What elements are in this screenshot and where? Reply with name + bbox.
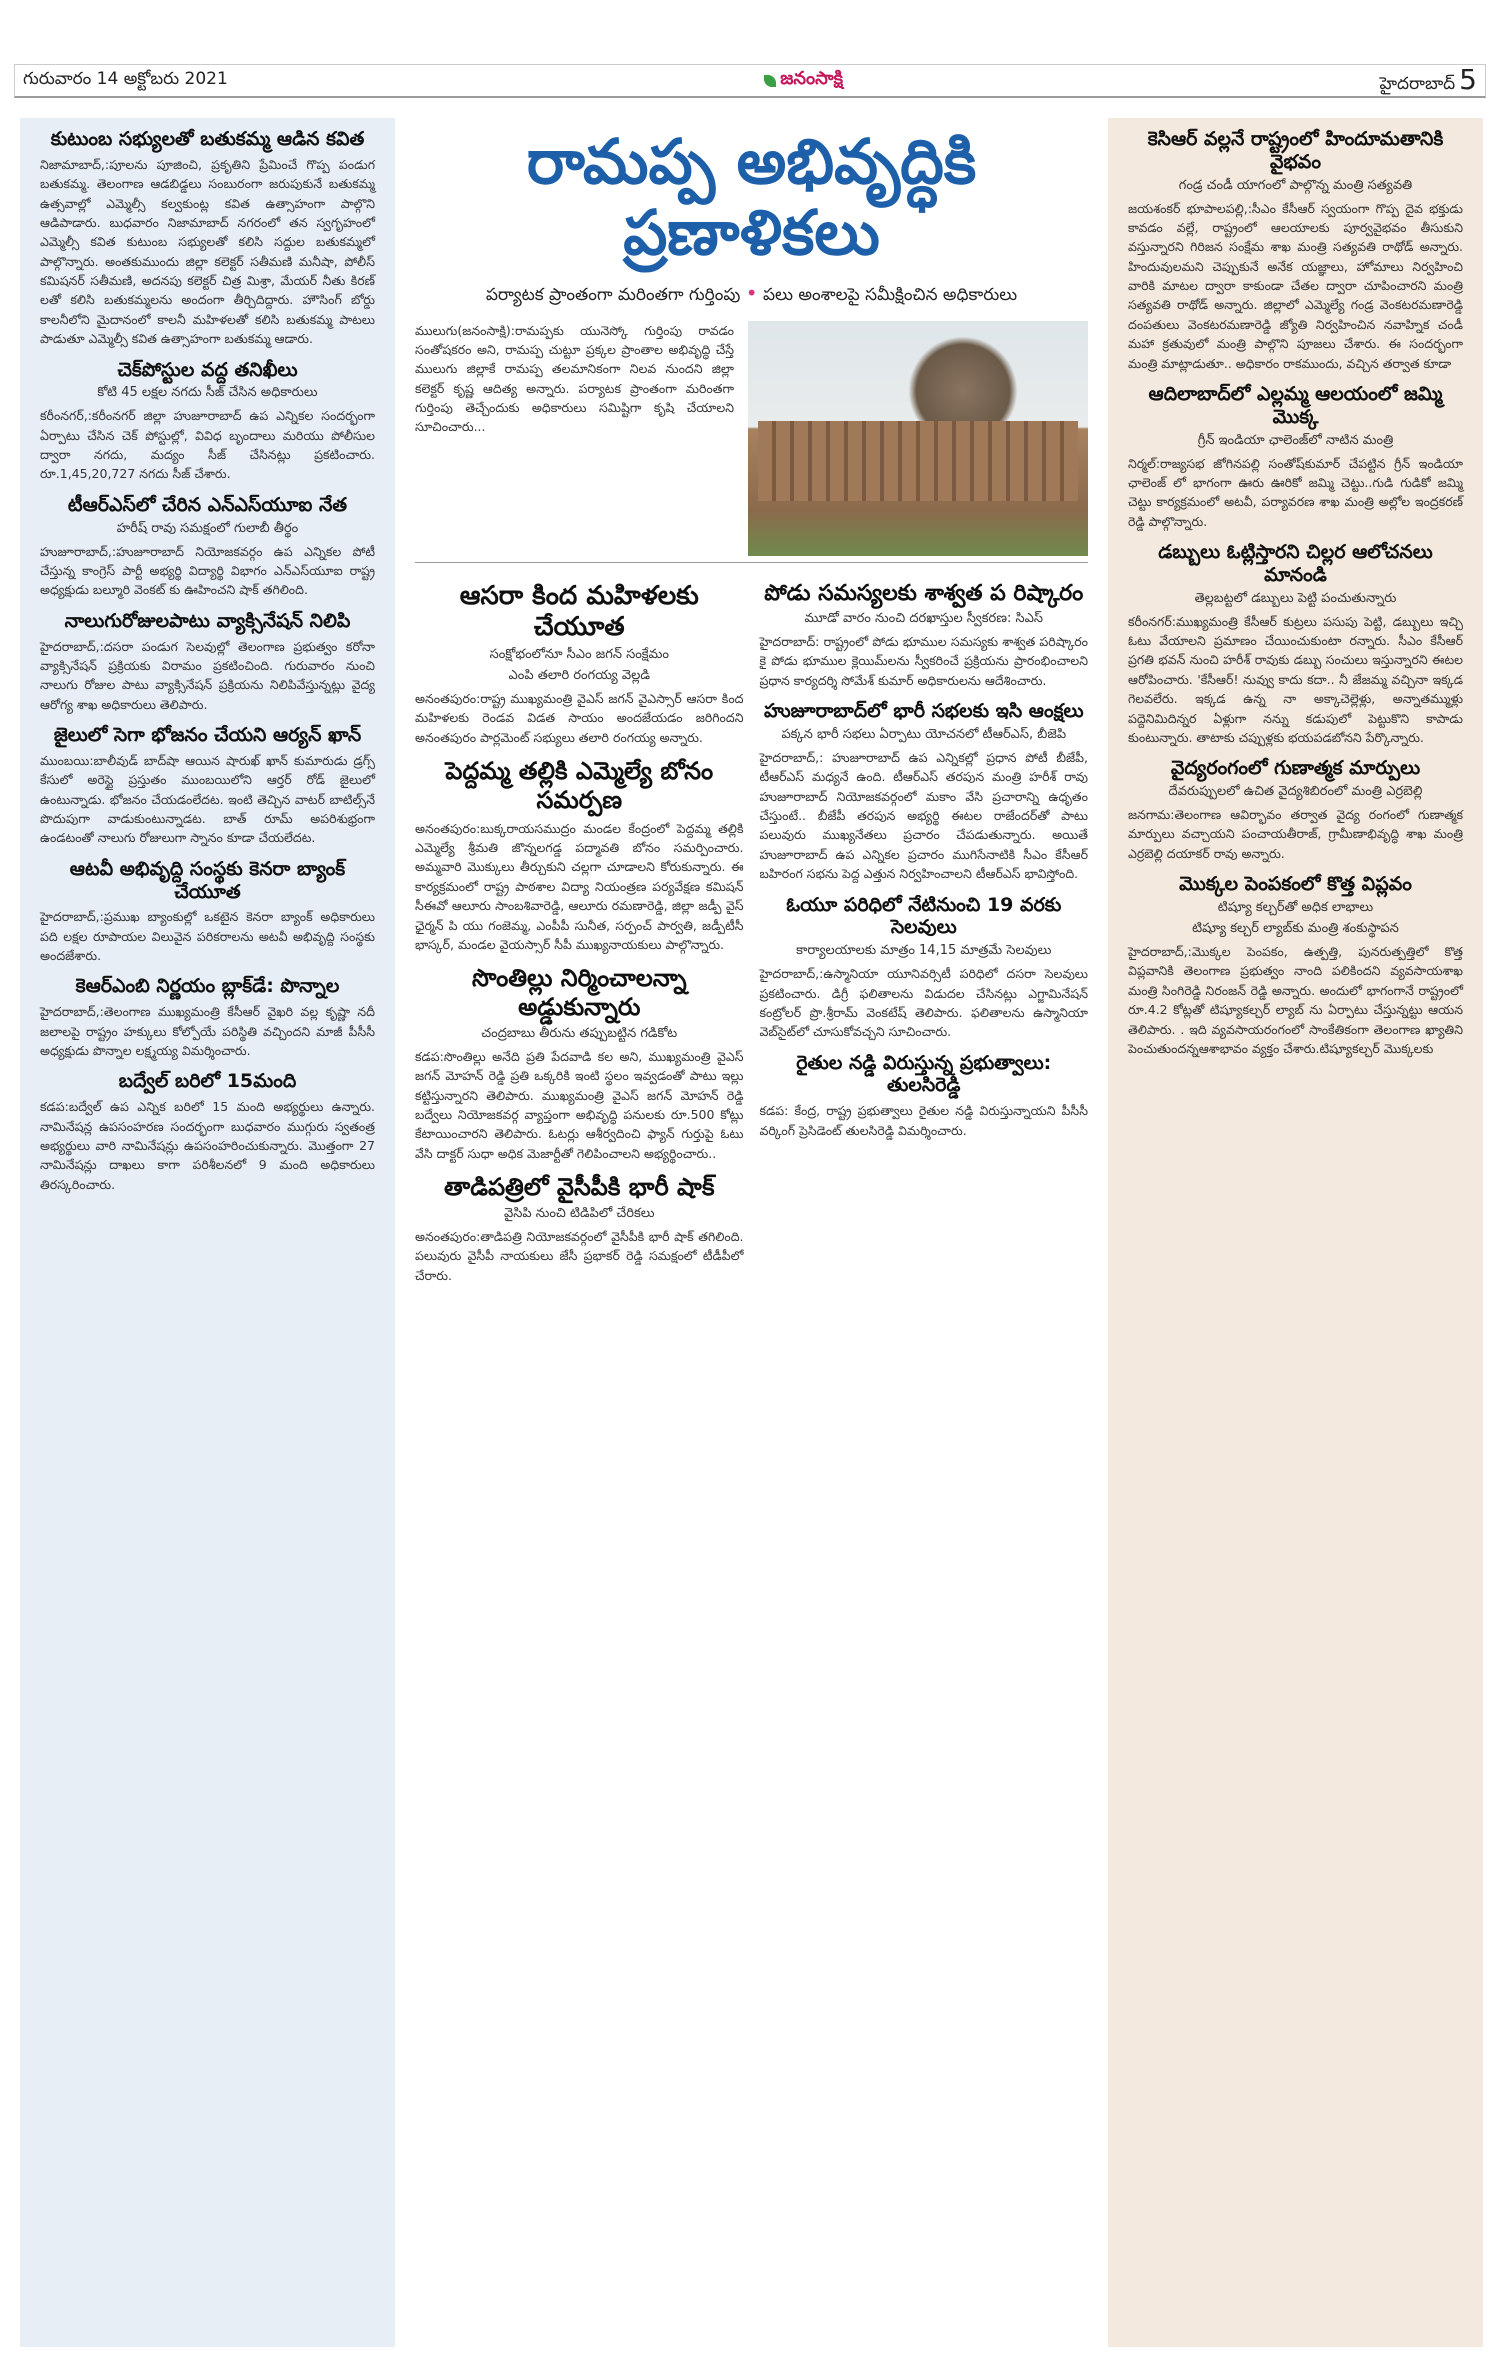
article: చెక్‌పోస్టుల వద్ద తనిఖీలుకోటి 45 లక్షల న…	[40, 359, 375, 484]
article-body: జయశంకర్ భూపాలపల్లి,:సీఎం కేసీఆర్ స్వయంగా…	[1128, 199, 1463, 373]
article: ఆటవీ అభివృద్ది సంస్థకు కెనరా బ్యాంక్ చేయ…	[40, 858, 375, 966]
article-body: హైదరాబాద్: రాష్ట్రంలో పోడు భూముల సమస్యకు…	[760, 632, 1089, 690]
article-body: అనంతపురం:రాష్ట్ర ముఖ్యమంత్రి వైఎస్ జగన్ …	[415, 689, 744, 747]
article: మొక్కల పెంపకంలో కొత్త విప్లవంటిష్యూ కల్చ…	[1128, 873, 1463, 1058]
article-body: కడప:సొంతిల్లు అనేది ప్రతి పేదవాడి కల అని…	[415, 1047, 744, 1163]
left-column: కుటుంబ సభ్యులతో బతుకమ్మ ఆడిన కవితనిజామాబ…	[20, 118, 395, 2347]
article: టీఆర్‌ఎస్‌లో చేరిన ఎన్‌ఎస్‌యూఐ నేతహరీష్ …	[40, 494, 375, 600]
headline: మొక్కల పెంపకంలో కొత్త విప్లవం	[1128, 873, 1463, 896]
lead-headline: రామప్ప అభివృద్ధికి ప్రణాళికలు	[415, 126, 1088, 269]
divider	[415, 562, 1088, 563]
headline: ఓయూ పరిధిలో నేటినుంచి 19 వరకు సెలవులు	[760, 894, 1089, 940]
article: నాలుగురోజులపాటు వ్యాక్సినేషన్ నిలిపిహైదర…	[40, 610, 375, 714]
subheadline: మూడో వారం నుంచి దరఖాస్తుల స్వీకరణ: సిఎస్	[760, 611, 1089, 629]
article-body: హైదరాబాద్,:ప్రముఖ బ్యాంకుల్లో ఒకటైన కెనర…	[40, 907, 375, 965]
headline: రైతుల నడ్డి విరుస్తున్న ప్రభుత్వాలు: తుల…	[760, 1052, 1089, 1098]
center-columns: ఆసరా కింద మహిళలకు చేయూత సంక్షోభంలోనూ సీఎ…	[415, 571, 1088, 1285]
headline: ఆసరా కింద మహిళలకు చేయూత	[415, 581, 744, 643]
subheadline: కార్యాలయాలకు మాత్రం 14,15 మాత్రమే సెలవుల…	[760, 943, 1089, 961]
article-body: హైదరాబాద్,:మొక్కల పెంపకం, ఉత్పత్తి, పునర…	[1128, 942, 1463, 1058]
right-column: కెసిఆర్ వల్లనే రాష్ట్రంలో హిందూమతానికి వ…	[1108, 118, 1483, 2347]
subheadline: వైసిపి నుంచి టిడిపిలో చేరికలు	[415, 1206, 744, 1224]
headline: ఆదిలాబాద్‌లో ఎల్లమ్మ ఆలయంలో జమ్మి మొక్క	[1128, 383, 1463, 429]
headline: నాలుగురోజులపాటు వ్యాక్సినేషన్ నిలిపి	[40, 610, 375, 633]
headline: కుటుంబ సభ్యులతో బతుకమ్మ ఆడిన కవిత	[40, 128, 375, 151]
article-body: నిర్మల్:రాజ్యసభ జోగినపల్లి సంతోష్‌కుమార్…	[1128, 454, 1463, 532]
logo-text: జనంసాక్షి	[780, 68, 843, 93]
leaf-icon	[764, 75, 776, 87]
subheadline: కోటి 45 లక్షల నగదు సీజ్ చేసిన అధికారులు	[40, 385, 375, 403]
article-body: కరీంనగర్,:కరీంనగర్ జిల్లా హుజూరాబాద్ ఉప …	[40, 406, 375, 484]
center-section: రామప్ప అభివృద్ధికి ప్రణాళికలు పర్యాటక ప్…	[395, 118, 1108, 2347]
headline: హుజూరాబాద్‌లో భారీ సభలకు ఇసి ఆంక్షలు	[760, 700, 1089, 723]
headline: సొంతిల్లు నిర్మించాలన్నా అడ్డుకున్నారు	[415, 964, 744, 1022]
subheadline: టిష్యూ కల్చర్ ల్యాబ్‌కు మంత్రి శంకుస్థాప…	[1128, 921, 1463, 939]
headline: టీఆర్‌ఎస్‌లో చేరిన ఎన్‌ఎస్‌యూఐ నేత	[40, 494, 375, 517]
article: కెసిఆర్ వల్లనే రాష్ట్రంలో హిందూమతానికి వ…	[1128, 128, 1463, 373]
subheadline: ఎంపి తలారి రంగయ్య వెల్లడి	[415, 668, 744, 686]
headline: ఆటవీ అభివృద్ది సంస్థకు కెనరా బ్యాంక్ చేయ…	[40, 858, 375, 904]
bullet-icon: •	[746, 281, 758, 305]
article: జైలులో సెగా భోజనం చేయని ఆర్యన్ ఖాన్ముంబయ…	[40, 724, 375, 848]
center-right-column: పోడు సమస్యలకు శాశ్వత ప రిష్కారం మూడో వార…	[760, 571, 1089, 1285]
headline: పెద్దమ్మ తల్లికి ఎమ్మెల్యే బోనం సమర్పణ	[415, 757, 744, 815]
article: డబ్బులు ఓట్లిస్తారని చిల్లర ఆలోచనలు మానం…	[1128, 541, 1463, 747]
headline: కెఆర్‌ఎంబి నిర్ణయం బ్లాక్‌డే: పొన్నాల	[40, 975, 375, 998]
article-body: ముంబయి:బాలీవుడ్ బాద్‌షా ఆయిన షారుఖ్ ఖాన్…	[40, 751, 375, 848]
temple-hall	[758, 421, 1078, 501]
subheadline: హరీష్ రావు సమక్షంలో గులాబీ తీర్థం	[40, 521, 375, 539]
subheadline: పక్కన భారీ సభలు ఏర్పాటు యోచనలో టీఆర్‌ఎస్…	[760, 727, 1089, 745]
lead-subhead-a: పర్యాటక ప్రాంతంగా మరింతగా గుర్తింపు	[486, 285, 741, 305]
subheadline: గ్రీన్ ఇండియా ఛాలెంజ్‌లో నాటిన మంత్రి	[1128, 433, 1463, 451]
center-left-column: ఆసరా కింద మహిళలకు చేయూత సంక్షోభంలోనూ సీఎ…	[415, 571, 744, 1285]
article-body: హుజూరాబాద్,:హుజూరాబాద్ నియోజకవర్గం ఉప ఎన…	[40, 542, 375, 600]
headline: వైద్యరంగంలో గుణాత్మక మార్పులు	[1128, 757, 1463, 780]
masthead: గురువారం 14 అక్టోబరు 2021 జనంసాక్షి హైదర…	[14, 64, 1486, 98]
article: ఆదిలాబాద్‌లో ఎల్లమ్మ ఆలయంలో జమ్మి మొక్కగ…	[1128, 383, 1463, 531]
headline: పోడు సమస్యలకు శాశ్వత ప రిష్కారం	[760, 581, 1089, 607]
article-body: కడప: కేంద్ర, రాష్ట్ర ప్రభుత్వాలు రైతుల న…	[760, 1101, 1089, 1140]
article: బద్వేల్ బరిలో 15మందికడప:బద్వేల్ ఉప ఎన్ని…	[40, 1070, 375, 1194]
lead-subheadline: పర్యాటక ప్రాంతంగా మరింతగా గుర్తింపు • పల…	[415, 281, 1088, 309]
subheadline: గండ్ర చండీ యాగంలో పాల్గొన్న మంత్రి సత్యవ…	[1128, 178, 1463, 196]
page-number: 5	[1459, 63, 1477, 96]
headline: కెసిఆర్ వల్లనే రాష్ట్రంలో హిందూమతానికి వ…	[1128, 128, 1463, 174]
headline: తాడిపత్రిలో వైసీపీకి భారీ షాక్	[415, 1173, 744, 1202]
lead-story: ములుగు(జనంసాక్షి):రామప్పకు యునెస్కో గుర్…	[415, 321, 1088, 556]
article: కెఆర్‌ఎంబి నిర్ణయం బ్లాక్‌డే: పొన్నాలహైద…	[40, 975, 375, 1060]
article: వైద్యరంగంలో గుణాత్మక మార్పులుదేవరుప్పులల…	[1128, 757, 1463, 863]
article-body: కరీంనగర్:ముఖ్యమంత్రి కేసీఆర్ కుట్రలు పసు…	[1128, 612, 1463, 748]
lead-body: ములుగు(జనంసాక్షి):రామప్పకు యునెస్కో గుర్…	[415, 321, 734, 556]
subheadline: తెల్లబట్టలో డబ్బులు పెట్టి పంచుతున్నారు	[1128, 591, 1463, 609]
article-body: అనంతపురం:తాడిపత్రి నియోజకవర్గంలో వైసీపీక…	[415, 1227, 744, 1285]
subheadline: సంక్షోభంలోనూ సీఎం జగన్ సంక్షేమం	[415, 647, 744, 665]
article-body: కడప:బద్వేల్ ఉప ఎన్నిక బరిలో 15 మంది అభ్య…	[40, 1097, 375, 1194]
temple-photo	[748, 321, 1088, 556]
subheadline: దేవరుప్పులలో ఉచిత వైద్యశిబిరంలో మంత్రి ఎ…	[1128, 784, 1463, 802]
lead-subhead-b: పలు అంశాలపై సమీక్షించిన అధికారులు	[763, 285, 1017, 305]
article-body: హైదరాబాద్,: హుజూరాబాద్ ఉప ఎన్నికల్లో ప్ర…	[760, 748, 1089, 884]
article-body: జనగామ:తెలంగాణ ఆవిర్భావం తర్వాత వైద్య రంగ…	[1128, 805, 1463, 863]
subheadline: టిష్యూ కల్చర్‌తో అధిక లాభాలు	[1128, 900, 1463, 918]
article-body: హైదరాబాద్,:ఉస్మానియా యూనివర్సిటీ పరిధిలో…	[760, 964, 1089, 1042]
headline: జైలులో సెగా భోజనం చేయని ఆర్యన్ ఖాన్	[40, 724, 375, 747]
newspaper-logo: జనంసాక్షి	[764, 68, 843, 93]
headline: చెక్‌పోస్టుల వద్ద తనిఖీలు	[40, 359, 375, 382]
article-body: నిజామాబాద్,:పూలను పూజించి, ప్రకృతిని ప్ర…	[40, 155, 375, 349]
article-body: అనంతపురం:బుక్కరాయసముద్రం మండల కేంద్రంలో …	[415, 819, 744, 955]
edition-city: హైదరాబాద్5	[1379, 63, 1477, 98]
article: కుటుంబ సభ్యులతో బతుకమ్మ ఆడిన కవితనిజామాబ…	[40, 128, 375, 349]
city-name: హైదరాబాద్	[1379, 74, 1455, 98]
headline: డబ్బులు ఓట్లిస్తారని చిల్లర ఆలోచనలు మానం…	[1128, 541, 1463, 587]
issue-date: గురువారం 14 అక్టోబరు 2021	[23, 69, 228, 93]
article-body: హైదరాబాద్,:దసరా పండుగ సెలవుల్లో తెలంగాణ …	[40, 637, 375, 715]
headline: బద్వేల్ బరిలో 15మంది	[40, 1070, 375, 1093]
article-body: హైదరాబాద్,:తెలంగాణ ముఖ్యమంత్రి కేసీఆర్ వ…	[40, 1002, 375, 1060]
subheadline: చంద్రబాబు తీరును తప్పుబట్టిన గడికోట	[415, 1026, 744, 1044]
